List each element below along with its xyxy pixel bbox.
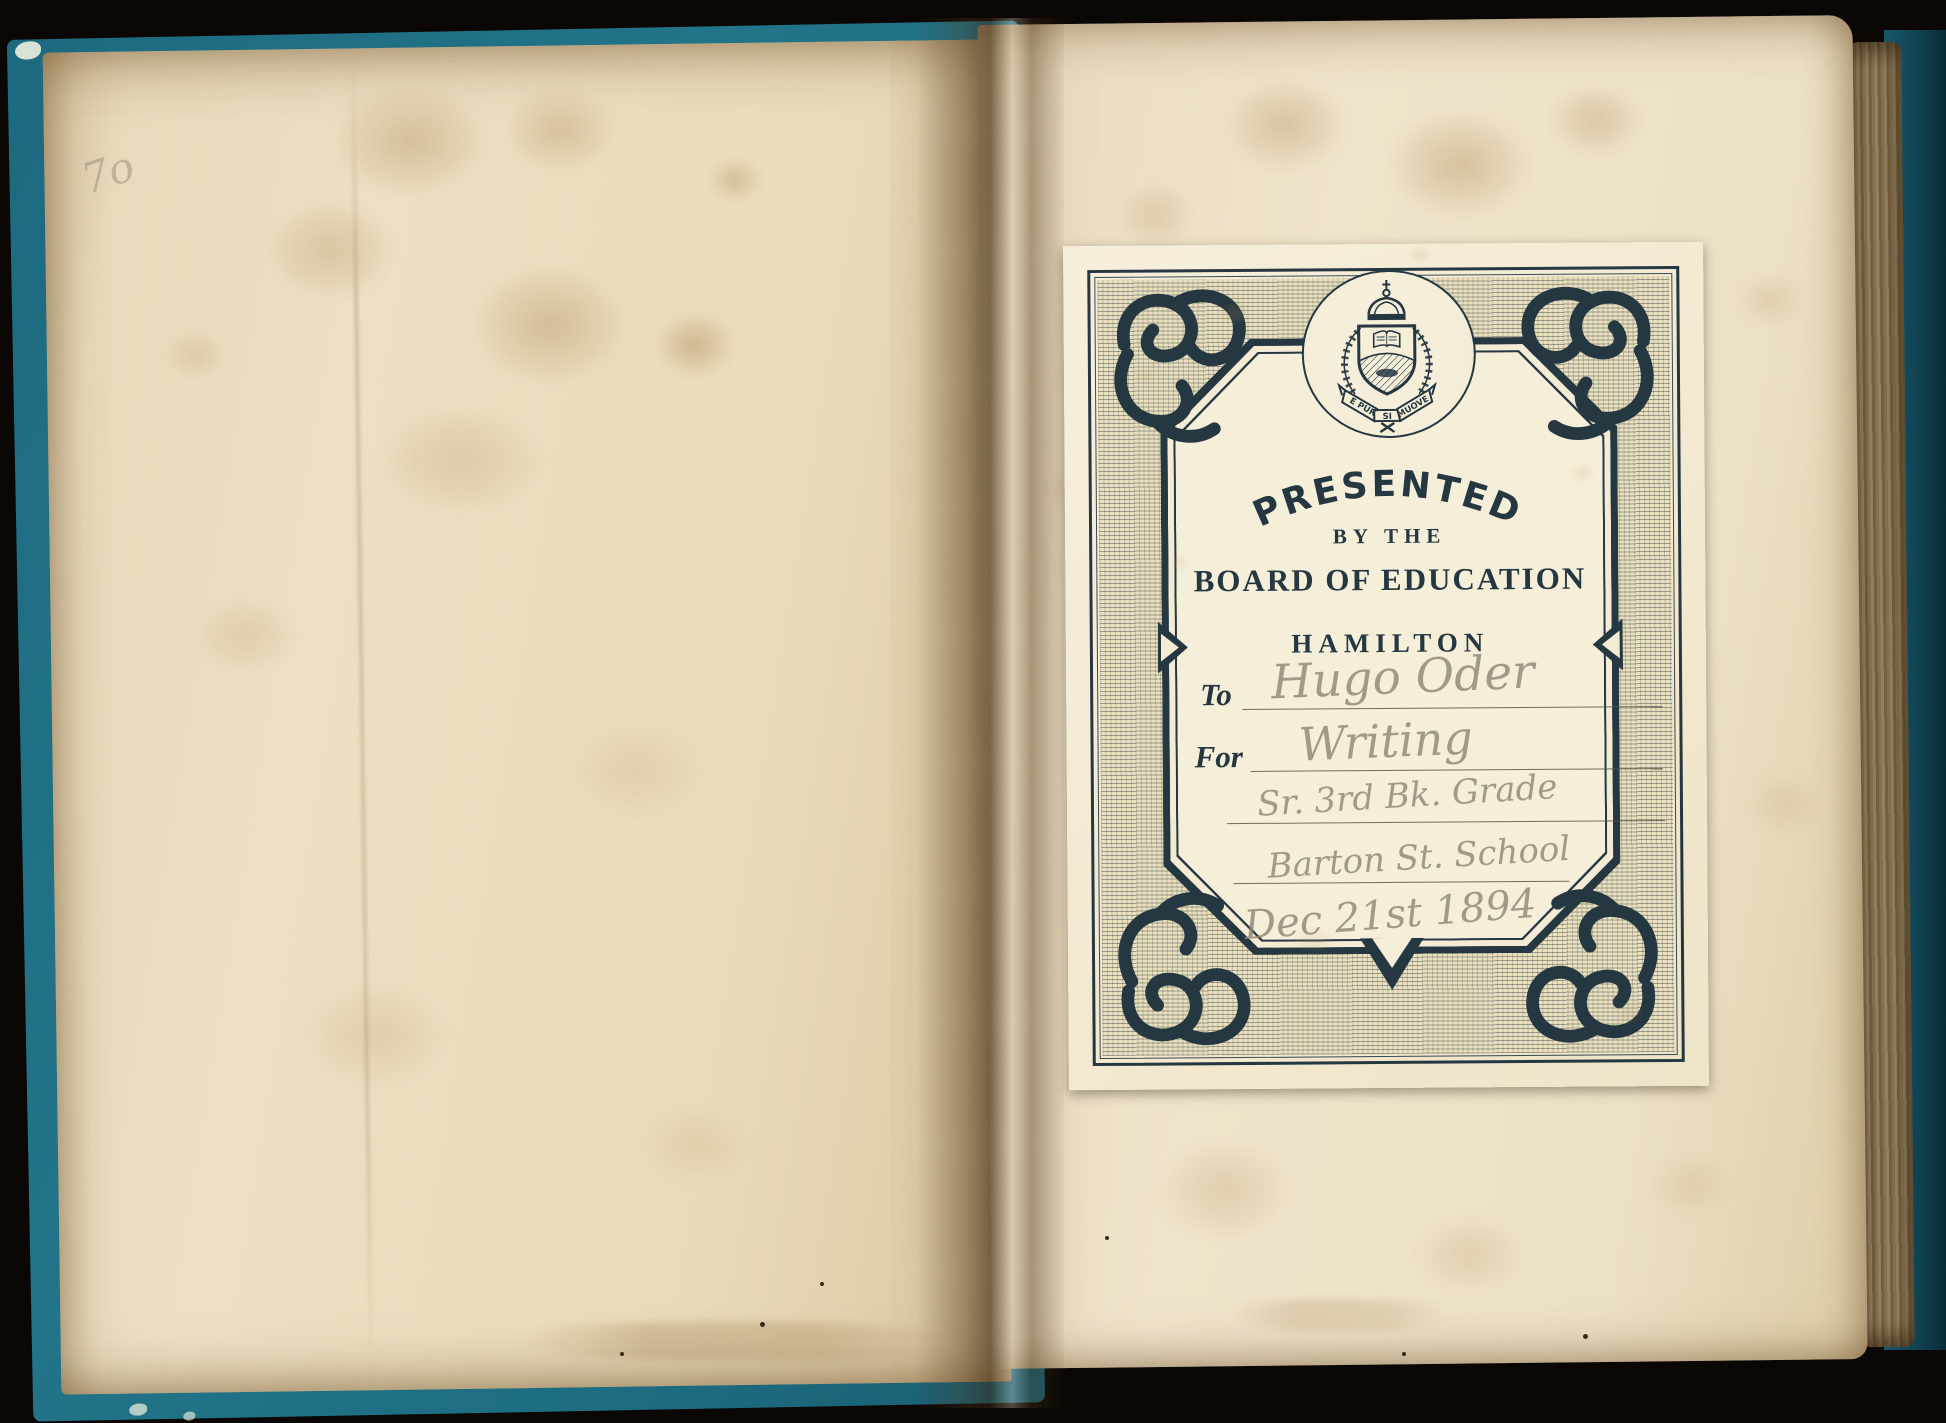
for-value-handwriting: Writing xyxy=(1297,710,1473,771)
crown-icon xyxy=(1367,280,1405,320)
speck xyxy=(1583,1334,1588,1339)
to-value-handwriting: Hugo Oder xyxy=(1270,644,1536,710)
motto-center: SI xyxy=(1383,412,1392,422)
for-label: For xyxy=(1195,739,1244,775)
to-label: To xyxy=(1200,677,1232,713)
scroll-ornament-icon xyxy=(1505,280,1666,441)
bookplate-label: E PUR SI MUOVE PRESENTED BY THE BOARD OF… xyxy=(1063,242,1709,1090)
speck xyxy=(820,1282,824,1286)
worn-corner xyxy=(183,1411,195,1420)
speck xyxy=(1105,1236,1109,1240)
board-of-education-crest-icon: E PUR SI MUOVE xyxy=(1316,273,1457,434)
age-spot xyxy=(1403,242,1437,268)
book-photo: 7o xyxy=(0,0,1946,1423)
scroll-ornament-icon xyxy=(1101,283,1262,444)
open-book-icon xyxy=(1374,331,1400,347)
by-the-text: BY THE xyxy=(1161,522,1618,550)
left-page xyxy=(43,39,1012,1394)
speck xyxy=(620,1352,624,1356)
board-of-education-text: BOARD OF EDUCATION xyxy=(1161,560,1618,599)
worn-corner xyxy=(15,41,41,59)
speck xyxy=(760,1322,765,1327)
page-crease xyxy=(351,48,374,1390)
speck xyxy=(1402,1352,1406,1356)
worn-corner xyxy=(129,1403,147,1415)
